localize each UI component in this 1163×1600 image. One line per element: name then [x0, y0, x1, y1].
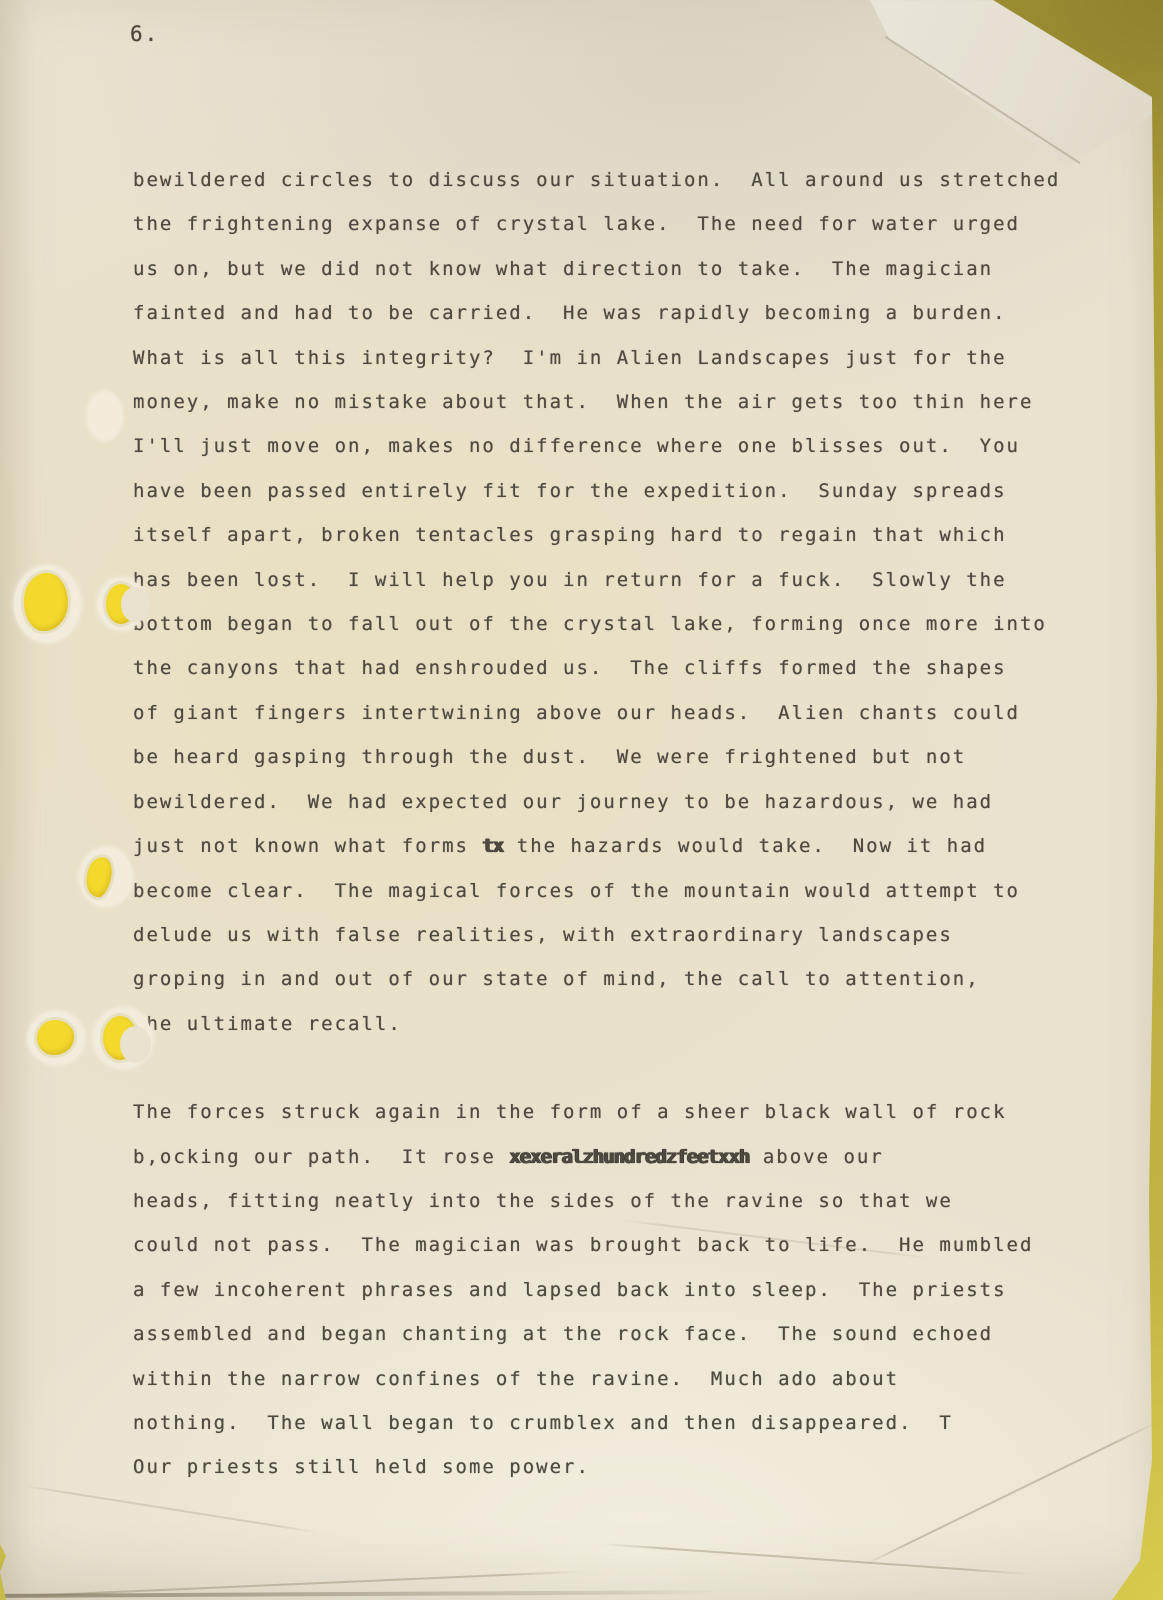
scanned-document-page: 6. bewildered circles to discuss our sit… — [0, 0, 1163, 1600]
text-line: bewildered circles to discuss our situat… — [133, 158, 1093, 202]
text-segment: the hazards would take. Now it had — [503, 835, 987, 857]
text-line: us on, but we did not know what directio… — [133, 247, 1093, 291]
crease-line-2 — [600, 1543, 1029, 1575]
text-line: bewildered. We had expected our journey … — [133, 780, 1093, 824]
typewritten-text-block: bewildered circles to discuss our situat… — [133, 158, 1093, 1490]
text-line: money, make no mistake about that. When … — [133, 380, 1093, 424]
text-line: delude us with false realities, with ext… — [133, 913, 1093, 957]
text-line: The forces struck again in the form of a… — [133, 1090, 1093, 1134]
text-line: b,ocking our path. It rose xexeralzhundr… — [133, 1135, 1093, 1179]
torn-patch-6 — [88, 392, 122, 440]
text-segment: just not known what forms — [133, 835, 482, 857]
crease-line-5 — [22, 1485, 319, 1534]
text-line: I'll just move on, makes no difference w… — [133, 424, 1093, 468]
paper-sheet: 6. bewildered circles to discuss our sit… — [0, 0, 1163, 1600]
text-line: just not known what forms tx the hazards… — [133, 824, 1093, 868]
text-line: fainted and had to be carried. He was ra… — [133, 291, 1093, 335]
paragraph-1: bewildered circles to discuss our situat… — [133, 158, 1093, 1046]
text-line: of giant fingers intertwining above our … — [133, 691, 1093, 735]
punch-hole-2 — [106, 584, 136, 624]
text-line: within the narrow confines of the ravine… — [133, 1357, 1093, 1401]
text-line: What is all this integrity? I'm in Alien… — [133, 336, 1093, 380]
text-line: the frightening expanse of crystal lake.… — [133, 202, 1093, 246]
text-line: assembled and began chanting at the rock… — [133, 1312, 1093, 1356]
text-line: itself apart, broken tentacles grasping … — [133, 513, 1093, 557]
page-number: 6. — [130, 22, 159, 46]
text-line: be heard gasping through the dust. We we… — [133, 735, 1093, 779]
text-line: could not pass. The magician was brought… — [133, 1223, 1093, 1267]
text-line: become clear. The magical forces of the … — [133, 869, 1093, 913]
overstruck-text: xexeralzhundredzfeetxxh — [509, 1146, 749, 1168]
text-line: the ultimate recall. — [133, 1002, 1093, 1046]
text-line: heads, fitting neatly into the sides of … — [133, 1179, 1093, 1223]
text-line: groping in and out of our state of mind,… — [133, 957, 1093, 1001]
text-segment: b,ocking our path. It rose — [133, 1146, 509, 1168]
text-line: Our priests still held some power. — [133, 1445, 1093, 1489]
text-line: nothing. The wall began to crumblex and … — [133, 1401, 1093, 1445]
text-line: have been passed entirely fit for the ex… — [133, 469, 1093, 513]
overstruck-text: tx — [482, 835, 503, 857]
paragraph-2: The forces struck again in the form of a… — [133, 1090, 1093, 1490]
text-line: has been lost. I will help you in return… — [133, 558, 1093, 602]
punch-hole-5 — [103, 1016, 137, 1060]
text-line: bottom began to fall out of the crystal … — [133, 602, 1093, 646]
text-line: the canyons that had enshrouded us. The … — [133, 646, 1093, 690]
text-line: a few incoherent phrases and lapsed back… — [133, 1268, 1093, 1312]
text-segment: above our — [749, 1146, 883, 1168]
